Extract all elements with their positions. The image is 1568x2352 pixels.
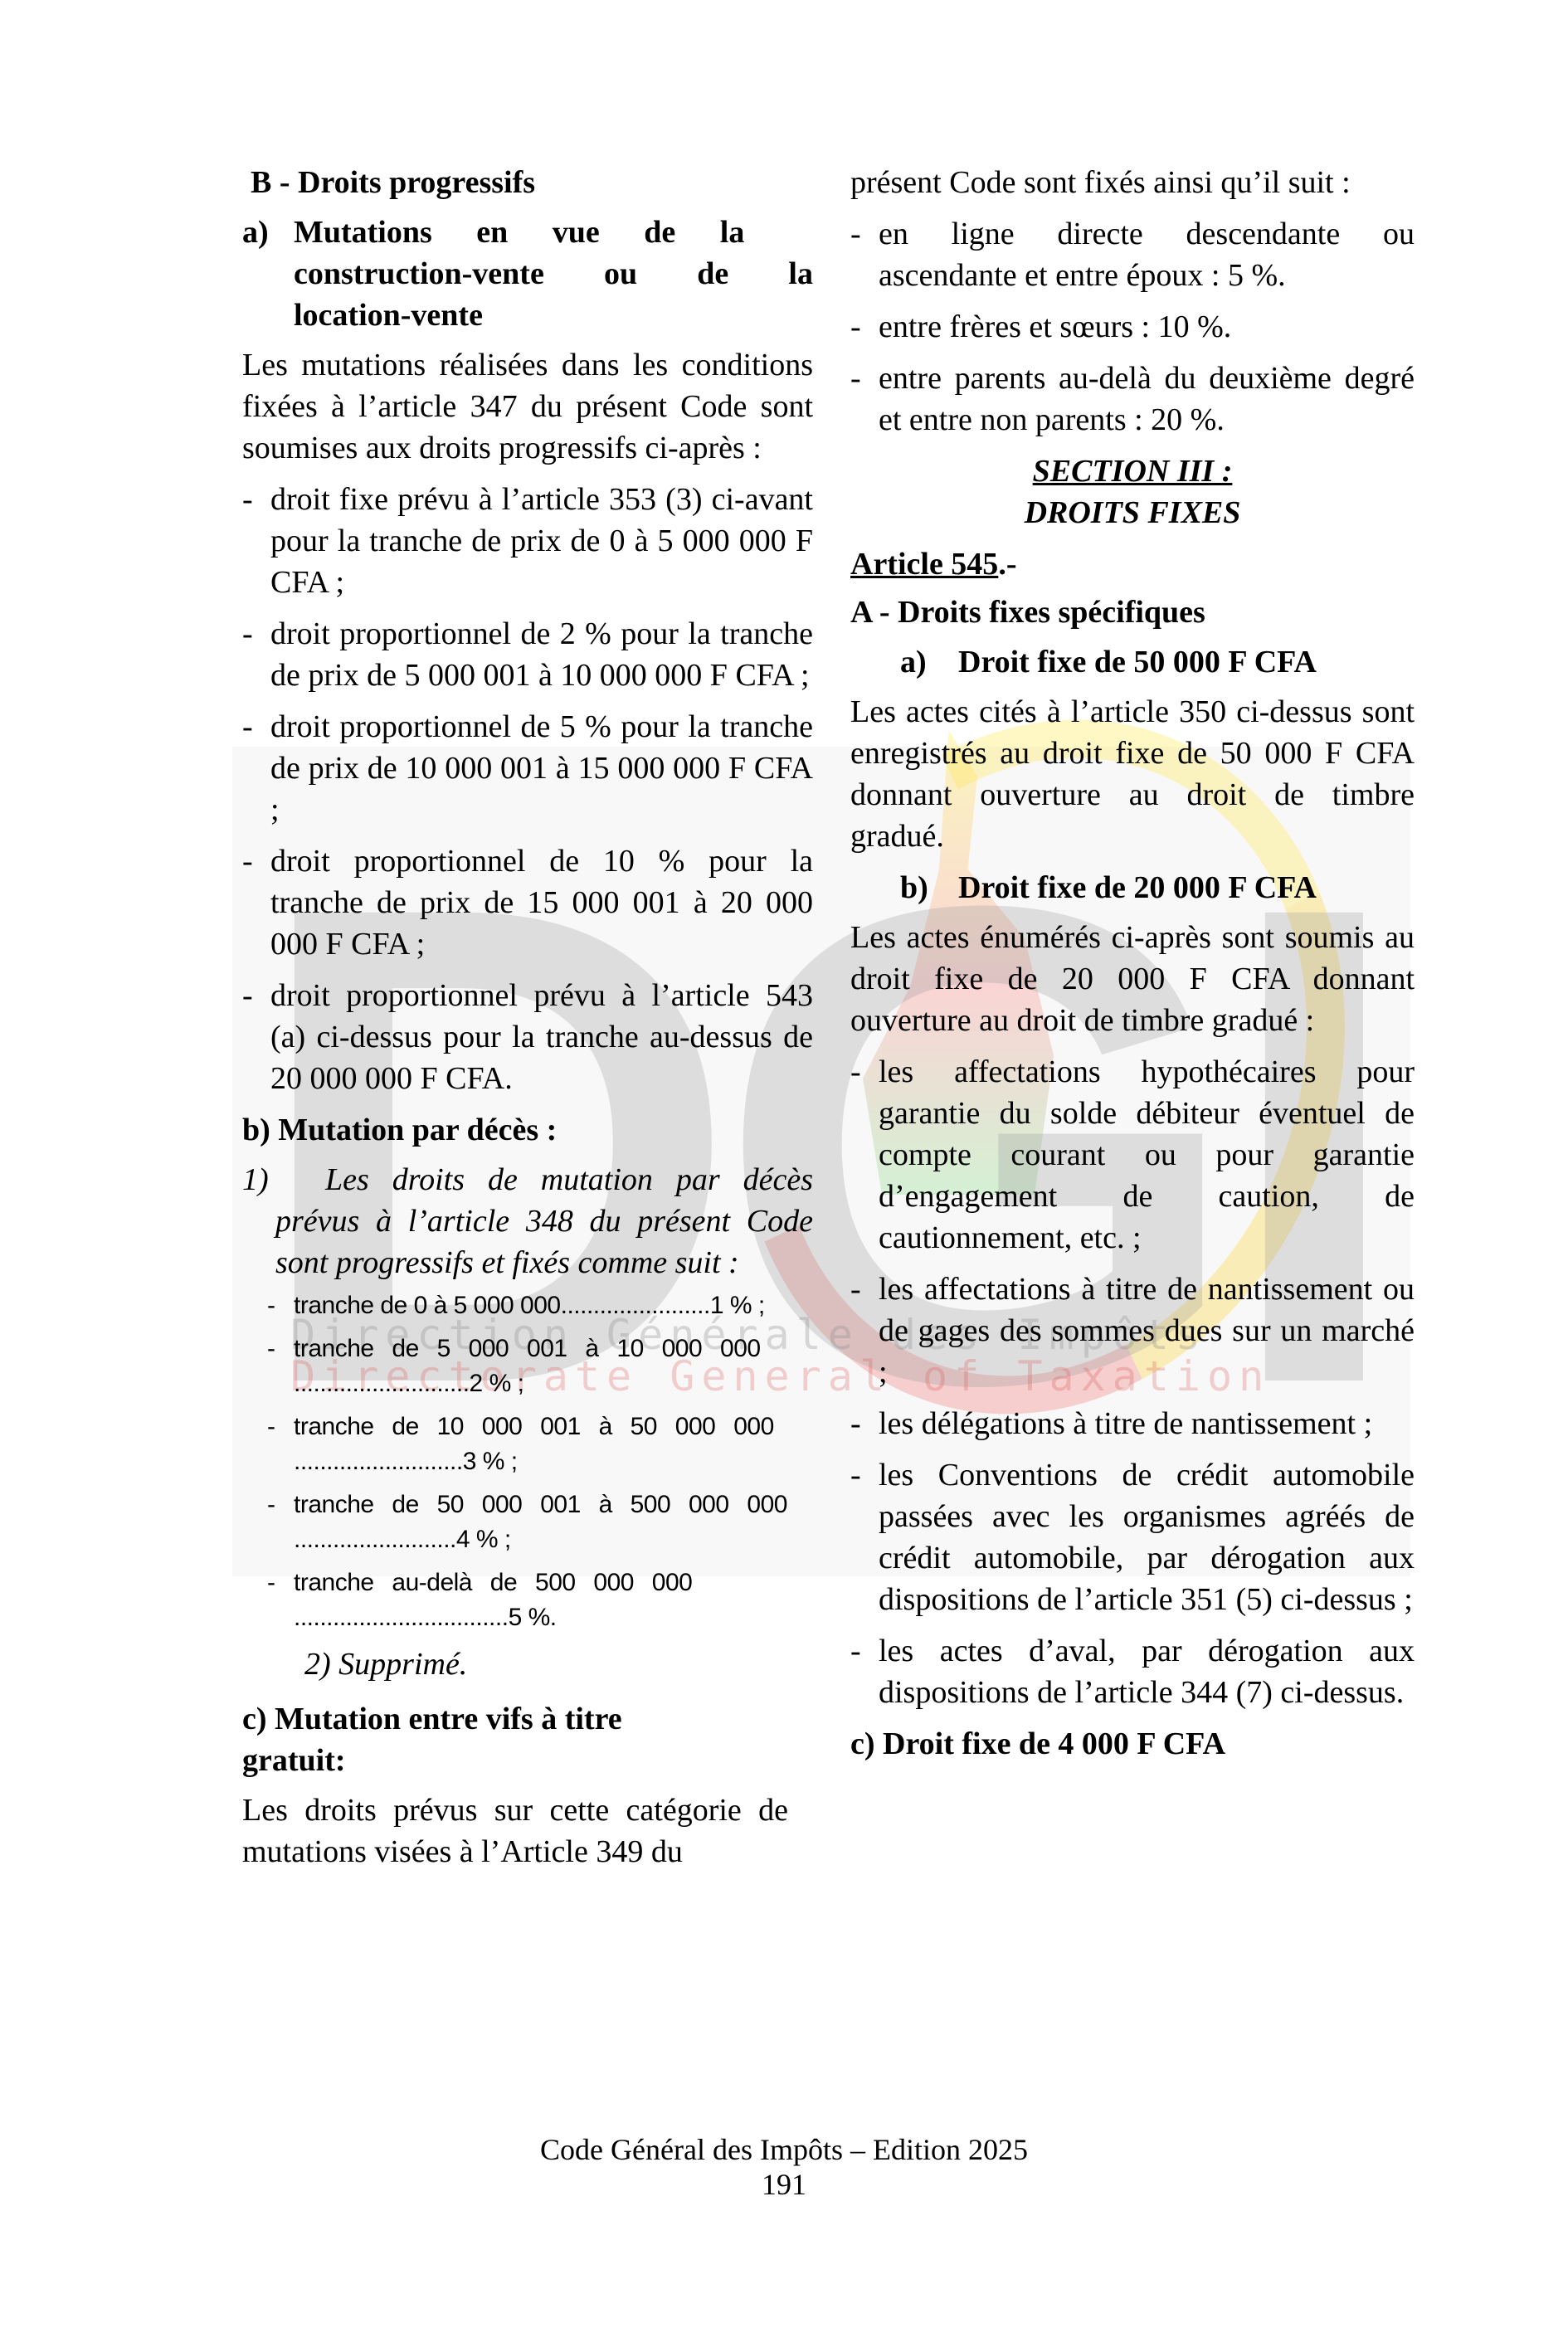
list-item-text: droit proportionnel prévu à l’article 54… — [270, 975, 813, 1099]
list-item-text: les affectations à titre de nantissement… — [879, 1269, 1415, 1393]
section-title: SECTION III : — [850, 450, 1415, 492]
heading-text: Droit fixe de 50 000 F CFA — [958, 645, 1317, 679]
page-number: 191 — [0, 2167, 1568, 2202]
bullet-dash: - — [850, 1269, 879, 1393]
list-item-text: les affectations hypothécaires pour gara… — [879, 1051, 1415, 1259]
bullet-dash: - — [267, 1332, 294, 1401]
acte-item: -les actes d’aval, par dérogation aux di… — [850, 1630, 1415, 1713]
heading-droit-fixe-20000: b)Droit fixe de 20 000 F CFA — [900, 867, 1415, 908]
list-item-text: entre parents au-delà du deuxième degré … — [879, 358, 1415, 441]
tranche-range: tranche de 5 000 001 à 10 000 000 — [294, 1335, 761, 1362]
bullet-dash: - — [267, 1566, 294, 1635]
heading-label: a) — [242, 212, 294, 336]
rate-item: -en ligne directe descendante ou ascenda… — [850, 213, 1415, 296]
tranche-range: tranche de 50 000 001 à 500 000 000 — [294, 1491, 787, 1518]
bullet-dash: - — [850, 1403, 879, 1444]
heading-label: a) — [900, 641, 958, 683]
bullet-dash: - — [267, 1488, 294, 1557]
list-item-text: les délégations à titre de nantissement … — [879, 1403, 1415, 1444]
heading-droits-fixes-specifiques: A - Droits fixes spécifiques — [850, 592, 1415, 633]
paragraph-droit-fixe-50000: Les actes cités à l’article 350 ci-dessu… — [850, 691, 1415, 857]
list-item: -droit proportionnel de 5 % pour la tran… — [242, 706, 813, 830]
bullet-dash: - — [242, 975, 270, 1099]
article-number: Article 545 — [850, 547, 998, 582]
tranche-rate: 2 % ; — [470, 1370, 524, 1397]
section-subtitle: DROITS FIXES — [850, 492, 1415, 533]
article-heading: Article 545.- — [850, 543, 1415, 585]
tranche-item: -tranche au-delà de 500 000 000.........… — [267, 1566, 813, 1635]
tranches-list: -tranche de 0 à 5 000 000...............… — [242, 1288, 813, 1635]
left-column: B - Droits progressifs a) Mutations en v… — [242, 162, 813, 1882]
bullet-dash: - — [242, 706, 270, 830]
heading-line1-text: Mutations en vue de la — [294, 212, 744, 253]
list-item-text: droit proportionnel de 10 % pour la tran… — [270, 840, 813, 965]
tranche-item: -tranche de 50 000 001 à 500 000 000....… — [267, 1488, 813, 1557]
heading-line1: Mutations en vue de la — [294, 212, 813, 253]
list-item-text: droit proportionnel de 5 % pour la tranc… — [270, 706, 813, 830]
rate-item: -entre frères et sœurs : 10 %. — [850, 306, 1415, 348]
tranche-leader: ......................... — [294, 1526, 456, 1553]
heading-mutation-entre-vifs: c) Mutation entre vifs à titre gratuit: — [242, 1698, 664, 1781]
heading-rest: construction-vente ou de la location-ven… — [294, 256, 813, 333]
right-column: présent Code sont fixés ainsi qu’il suit… — [850, 162, 1415, 1773]
rate-item: -entre parents au-delà du deuxième degré… — [850, 358, 1415, 441]
list-item-text: droit proportionnel de 2 % pour la tranc… — [270, 613, 813, 696]
tranche-leader: ................................. — [294, 1604, 509, 1631]
bullet-dash: - — [850, 1454, 879, 1620]
tranche-range: tranche de 0 à 5 000 000 — [294, 1292, 561, 1319]
page-footer: Code Général des Impôts – Edition 2025 1… — [0, 2132, 1568, 2202]
paragraph-number: 1) — [242, 1159, 275, 1283]
heading-mutations-construction-vente: a) Mutations en vue de la construction-v… — [242, 212, 813, 336]
actes-list: -les affectations hypothécaires pour gar… — [850, 1051, 1415, 1713]
heading-label: b) — [900, 867, 958, 908]
acte-item: -les Conventions de crédit automobile pa… — [850, 1454, 1415, 1620]
tranche-item: -tranche de 0 à 5 000 000...............… — [267, 1288, 813, 1323]
acte-item: -les affectations à titre de nantissemen… — [850, 1269, 1415, 1393]
list-item: -droit proportionnel prévu à l’article 5… — [242, 975, 813, 1099]
acte-item: -les affectations hypothécaires pour gar… — [850, 1051, 1415, 1259]
bullet-dash: - — [850, 1630, 879, 1713]
bullet-dash: - — [267, 1410, 294, 1479]
tranche-range: tranche au-delà de 500 000 000 — [294, 1569, 692, 1596]
continuation-paragraph: présent Code sont fixés ainsi qu’il suit… — [850, 162, 1390, 203]
bullet-dash: - — [242, 613, 270, 696]
list-item: -droit fixe prévu à l’article 353 (3) ci… — [242, 479, 813, 603]
paragraph-entre-vifs: Les droits prévus sur cette catégorie de… — [242, 1790, 788, 1872]
list-item-text: en ligne directe descendante ou ascendan… — [879, 213, 1415, 296]
article-suffix: .- — [998, 547, 1016, 582]
list-item-text: les actes d’aval, par dérogation aux dis… — [879, 1630, 1415, 1713]
bullet-dash: - — [242, 840, 270, 965]
section-title-text: SECTION III : — [1033, 454, 1233, 489]
heading-droit-fixe-4000: c) Droit fixe de 4 000 F CFA — [850, 1723, 1415, 1765]
paragraph-text: Les droits de mutation par décès prévus … — [275, 1159, 813, 1283]
tranche-leader: .......................... — [294, 1448, 463, 1475]
list-item: -droit proportionnel de 10 % pour la tra… — [242, 840, 813, 965]
bullet-dash: - — [850, 213, 879, 296]
heading-text: Droit fixe de 20 000 F CFA — [958, 870, 1317, 905]
list-item: -droit proportionnel de 2 % pour la tran… — [242, 613, 813, 696]
tranche-item: -tranche de 5 000 001 à 10 000 000......… — [267, 1332, 813, 1401]
footer-title: Code Général des Impôts – Edition 2025 — [0, 2132, 1568, 2167]
tranche-leader: ........................... — [294, 1370, 470, 1397]
intro-paragraph: Les mutations réalisées dans les conditi… — [242, 344, 813, 469]
rates-list: -en ligne directe descendante ou ascenda… — [850, 213, 1415, 441]
heading-mutation-deces: b) Mutation par décès : — [242, 1109, 813, 1151]
tranche-item: -tranche de 10 000 001 à 50 000 000.....… — [267, 1410, 813, 1479]
progressive-rights-list: -droit fixe prévu à l’article 353 (3) ci… — [242, 479, 813, 1099]
heading-droits-progressifs: B - Droits progressifs — [251, 162, 813, 203]
bullet-dash: - — [850, 358, 879, 441]
acte-item: -les délégations à titre de nantissement… — [850, 1403, 1415, 1444]
paragraph-1: 1) Les droits de mutation par décès prév… — [242, 1159, 813, 1283]
list-item-text: entre frères et sœurs : 10 %. — [879, 306, 1415, 348]
paragraph-droit-fixe-20000: Les actes énumérés ci-après sont soumis … — [850, 917, 1415, 1041]
bullet-dash: - — [850, 306, 879, 348]
tranche-leader: ....................... — [561, 1292, 710, 1319]
bullet-dash: - — [267, 1288, 294, 1323]
tranche-rate: 1 % ; — [710, 1292, 765, 1319]
bullet-dash: - — [242, 479, 270, 603]
tranche-rate: 3 % ; — [463, 1448, 518, 1475]
tranche-rate: 4 % ; — [456, 1526, 511, 1553]
bullet-dash: - — [850, 1051, 879, 1259]
list-item-text: les Conventions de crédit automobile pas… — [879, 1454, 1415, 1620]
paragraph-2-supprime: 2) Supprimé. — [304, 1643, 813, 1685]
list-item-text: droit fixe prévu à l’article 353 (3) ci-… — [270, 479, 813, 603]
tranche-rate: 5 %. — [509, 1604, 557, 1631]
heading-droit-fixe-50000: a)Droit fixe de 50 000 F CFA — [900, 641, 1415, 683]
tranche-range: tranche de 10 000 001 à 50 000 000 — [294, 1413, 774, 1440]
